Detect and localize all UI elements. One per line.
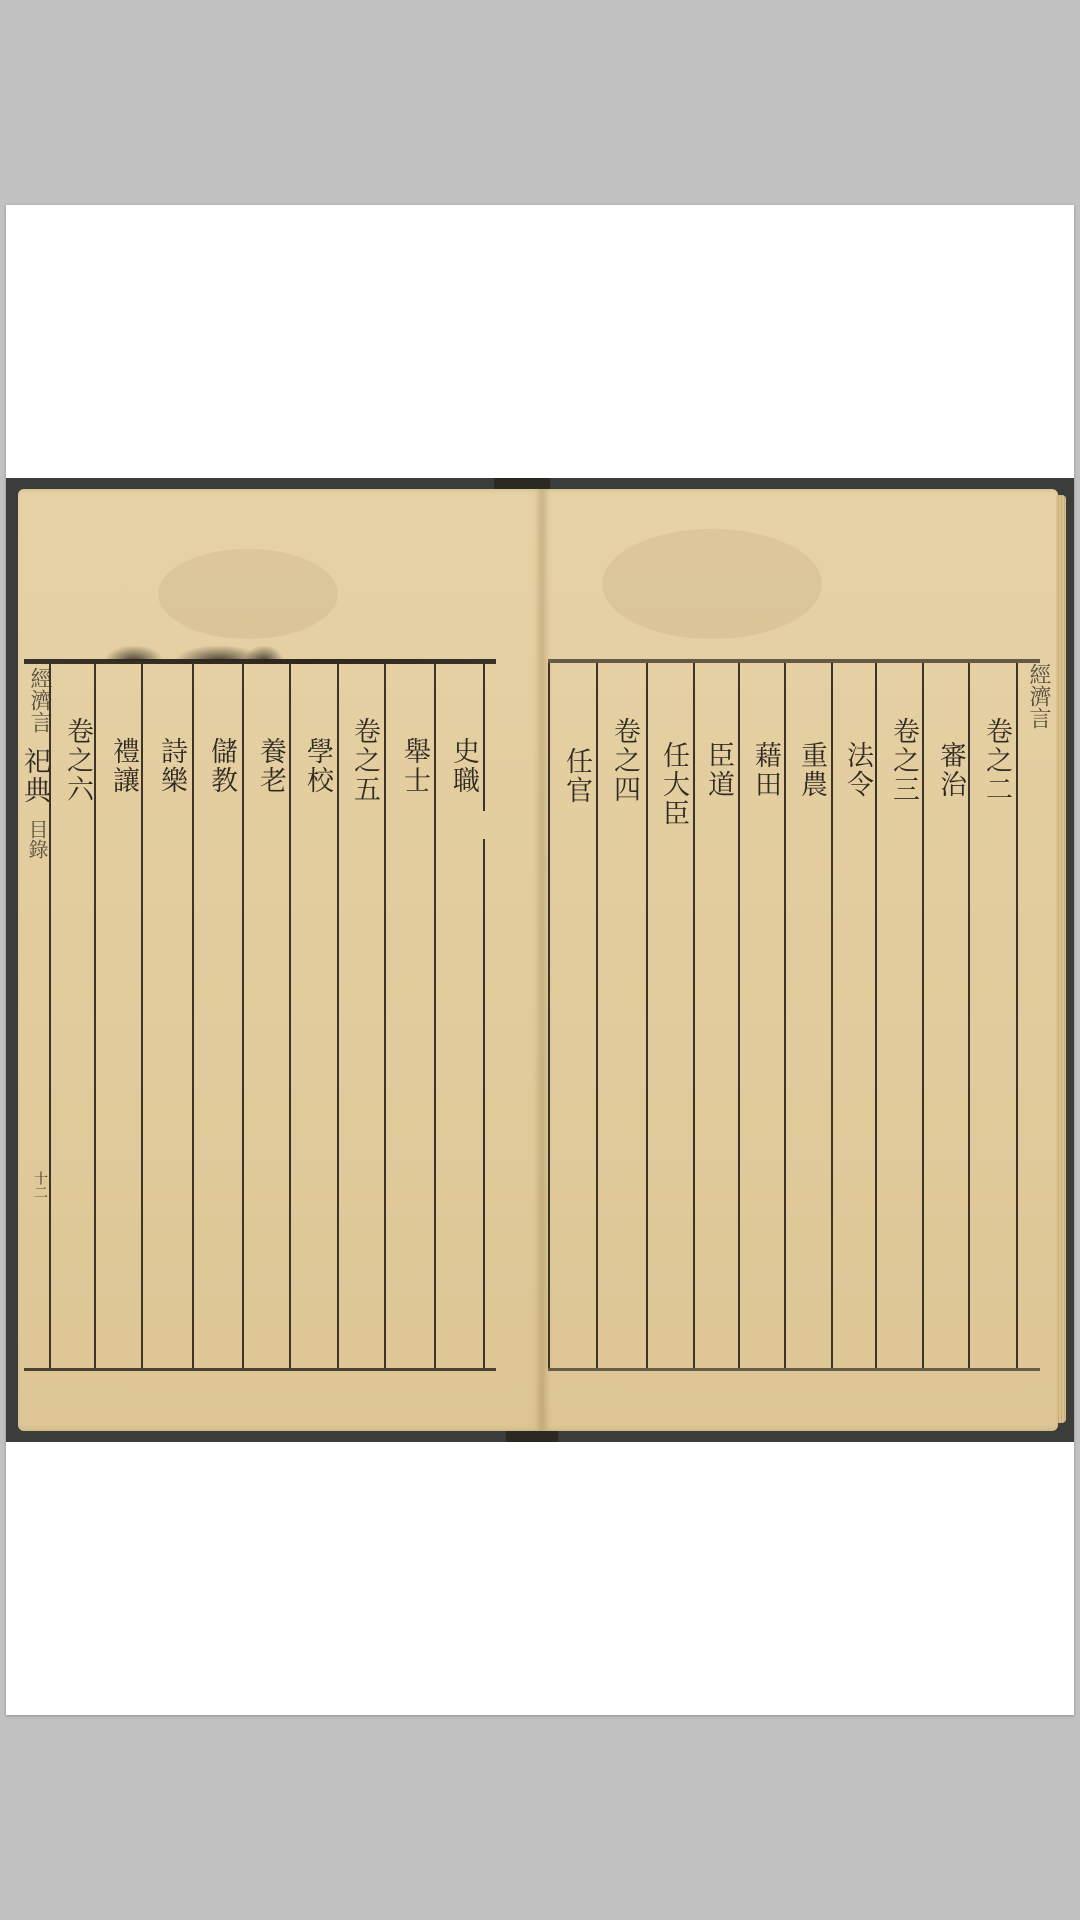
- right-print-block: 經濟言 卷之二 審治 卷之三 法令 重農 藉田 臣道 任大臣 卷之四 任官: [548, 659, 1040, 1371]
- toc-juan-heading[interactable]: 卷之三: [879, 717, 919, 804]
- column-line: [434, 663, 436, 1368]
- toc-entry[interactable]: 任官: [552, 747, 592, 805]
- ink-bleed: [104, 645, 164, 661]
- toc-entry[interactable]: 重農: [787, 741, 827, 799]
- spine-bottom: [506, 1430, 558, 1442]
- left-page: 經濟言 目錄 十二 史職 舉士 卷之五 學校 養老 儲教 詩樂 禮讓 卷之六 祀…: [18, 489, 542, 1431]
- toc-juan-heading[interactable]: 卷之六: [53, 717, 93, 804]
- margin-book-title: 經濟言: [1020, 663, 1050, 729]
- toc-juan-heading[interactable]: 卷之二: [972, 717, 1012, 804]
- right-page: 經濟言 卷之二 審治 卷之三 法令 重農 藉田 臣道 任大臣 卷之四 任官: [542, 489, 1058, 1431]
- margin-section-label: 目錄: [22, 819, 52, 859]
- page-edges: [1056, 495, 1066, 1423]
- toc-entry[interactable]: 藉田: [741, 741, 781, 799]
- paper-stain: [158, 549, 338, 639]
- toc-entry[interactable]: 養老: [246, 737, 286, 795]
- toc-juan-heading[interactable]: 卷之五: [340, 717, 380, 804]
- column-line: [94, 663, 96, 1368]
- column-line: [596, 663, 598, 1368]
- toc-juan-heading[interactable]: 卷之四: [600, 717, 640, 804]
- column-line: [875, 663, 877, 1368]
- margin-book-title: 經濟言: [21, 667, 51, 733]
- column-line: [784, 663, 786, 1368]
- column-line: [483, 663, 485, 811]
- toc-entry[interactable]: 禮讓: [99, 737, 139, 795]
- toc-entry[interactable]: 史職: [439, 737, 479, 795]
- top-border-rule: [548, 659, 1040, 663]
- column-line: [242, 663, 244, 1368]
- column-line: [1016, 663, 1018, 1368]
- toc-entry[interactable]: 任大臣: [649, 741, 689, 828]
- left-print-block: 經濟言 目錄 十二 史職 舉士 卷之五 學校 養老 儲教 詩樂 禮讓 卷之六 祀…: [24, 659, 536, 1371]
- bottom-border-rule: [24, 1368, 496, 1371]
- bottom-border-rule: [548, 1368, 1040, 1371]
- column-line: [192, 663, 194, 1368]
- column-line: [738, 663, 740, 1368]
- column-line: [922, 663, 924, 1368]
- column-line: [384, 663, 386, 1368]
- column-line: [141, 663, 143, 1368]
- column-line: [289, 663, 291, 1368]
- column-line: [483, 839, 485, 1368]
- toc-entry[interactable]: 舉士: [390, 737, 430, 795]
- toc-entry[interactable]: 法令: [833, 741, 873, 799]
- column-line: [548, 663, 550, 1368]
- toc-entry[interactable]: 儲教: [197, 737, 237, 795]
- folio-number: 十二: [24, 1171, 50, 1199]
- toc-entry[interactable]: 詩樂: [147, 737, 187, 795]
- column-line: [968, 663, 970, 1368]
- column-line: [337, 663, 339, 1368]
- toc-entry[interactable]: 臣道: [694, 741, 734, 799]
- column-line: [646, 663, 648, 1368]
- paper-stain: [602, 529, 822, 639]
- toc-entry[interactable]: 祀典: [10, 747, 50, 805]
- ink-bleed: [244, 645, 284, 661]
- toc-entry[interactable]: 審治: [926, 741, 966, 799]
- book-scan[interactable]: 經濟言 目錄 十二 史職 舉士 卷之五 學校 養老 儲教 詩樂 禮讓 卷之六 祀…: [6, 478, 1074, 1442]
- toc-entry[interactable]: 學校: [293, 737, 333, 795]
